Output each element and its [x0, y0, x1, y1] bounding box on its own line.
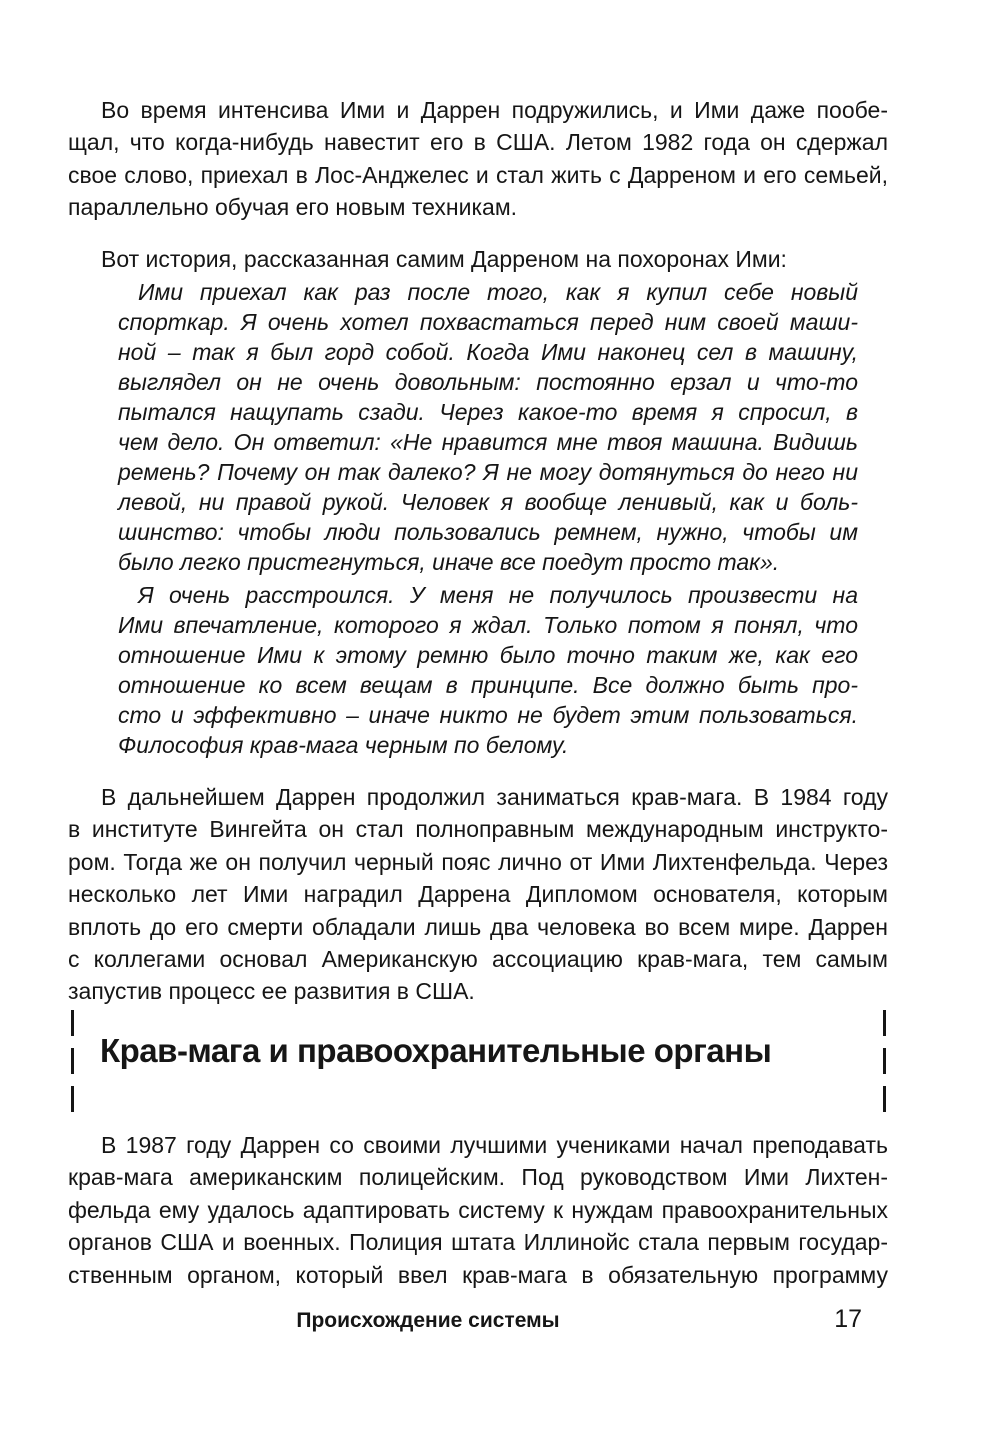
page-number: 17 — [802, 1304, 862, 1334]
text-line: ремень? Почему он так далеко? Я не могу … — [118, 457, 858, 487]
section-heading: Крав-мага и правоохранительные органы — [100, 1031, 771, 1071]
text-line: В дальнейшем Даррен продолжил заниматься… — [68, 781, 888, 813]
text-line: чем дело. Он ответил: «Не нравится мне т… — [118, 427, 858, 457]
quote-block-philosophy: Я очень расстроился. У меня не получилос… — [118, 580, 858, 760]
text-line: ной – так я был горд собой. Когда Ими на… — [118, 337, 858, 367]
text-line: вплоть до его смерти обладали лишь два ч… — [68, 911, 888, 943]
text-line: шинство: чтобы люди пользовались ремнем,… — [118, 517, 858, 547]
text-line: пытался нащупать сзади. Через какое-то в… — [118, 397, 858, 427]
text-line: органов США и военных. Полиция штата Илл… — [68, 1226, 888, 1258]
text-line: Ими приехал как раз после того, как я ку… — [118, 277, 858, 307]
paragraph-darren-career: В дальнейшем Даррен продолжил заниматься… — [68, 781, 888, 1008]
text-line: запустив процесс ее развития в США. — [68, 975, 888, 1007]
text-line: фельда ему удалось адаптировать систему … — [68, 1194, 888, 1226]
text-line: несколько лет Ими наградил Даррена Дипло… — [68, 878, 888, 910]
text-line: ственным органом, который ввел крав-мага… — [68, 1259, 888, 1291]
text-line: выглядел он не очень довольным: постоянн… — [118, 367, 858, 397]
text-line: Вот история, рассказанная самим Дарреном… — [68, 243, 888, 275]
text-line: было легко пристегнуться, иначе все поед… — [118, 547, 858, 577]
text-line: Во время интенсива Ими и Даррен подружил… — [68, 94, 888, 126]
text-line: отношение Ими к этому ремню было точно т… — [118, 640, 858, 670]
text-line: левой, ни правой рукой. Человек я вообще… — [118, 487, 858, 517]
heading-dashed-rule-left — [71, 1010, 74, 1116]
text-line: отношение ко всем вещам в принципе. Все … — [118, 670, 858, 700]
text-line: щал, что когда-нибудь навестит его в США… — [68, 126, 888, 158]
book-page: Во время интенсива Ими и Даррен подружил… — [0, 0, 986, 1447]
footer-running-title: Происхождение системы — [68, 1306, 788, 1336]
text-line: сто и эффективно – иначе никто не будет … — [118, 700, 858, 730]
text-line: Ими впечатление, которого я ждал. Только… — [118, 610, 858, 640]
paragraph-intensive: Во время интенсива Ими и Даррен подружил… — [68, 94, 888, 224]
text-line: параллельно обучая его новым техникам. — [68, 191, 888, 223]
paragraph-story-intro: Вот история, рассказанная самим Дарреном… — [68, 243, 888, 275]
text-line: ром. Тогда же он получил черный пояс лич… — [68, 846, 888, 878]
text-line: В 1987 году Даррен со своими лучшими уче… — [68, 1129, 888, 1161]
paragraph-law-enforcement: В 1987 году Даррен со своими лучшими уче… — [68, 1129, 888, 1291]
text-line: с коллегами основал Американскую ассоциа… — [68, 943, 888, 975]
text-line: Я очень расстроился. У меня не получилос… — [118, 580, 858, 610]
quote-block-sportscar: Ими приехал как раз после того, как я ку… — [118, 277, 858, 577]
section-heading-block: Крав-мага и правоохранительные органы — [0, 1008, 986, 1126]
text-line: в институте Вингейта он стал полноправны… — [68, 813, 888, 845]
text-line: Философия крав-мага черным по белому. — [118, 730, 858, 760]
heading-dashed-rule-right — [883, 1010, 886, 1116]
text-line: крав-мага американским полицейским. Под … — [68, 1161, 888, 1193]
text-line: свое слово, приехал в Лос-Анджелес и ста… — [68, 159, 888, 191]
text-line: спорткар. Я очень хотел похвастаться пер… — [118, 307, 858, 337]
